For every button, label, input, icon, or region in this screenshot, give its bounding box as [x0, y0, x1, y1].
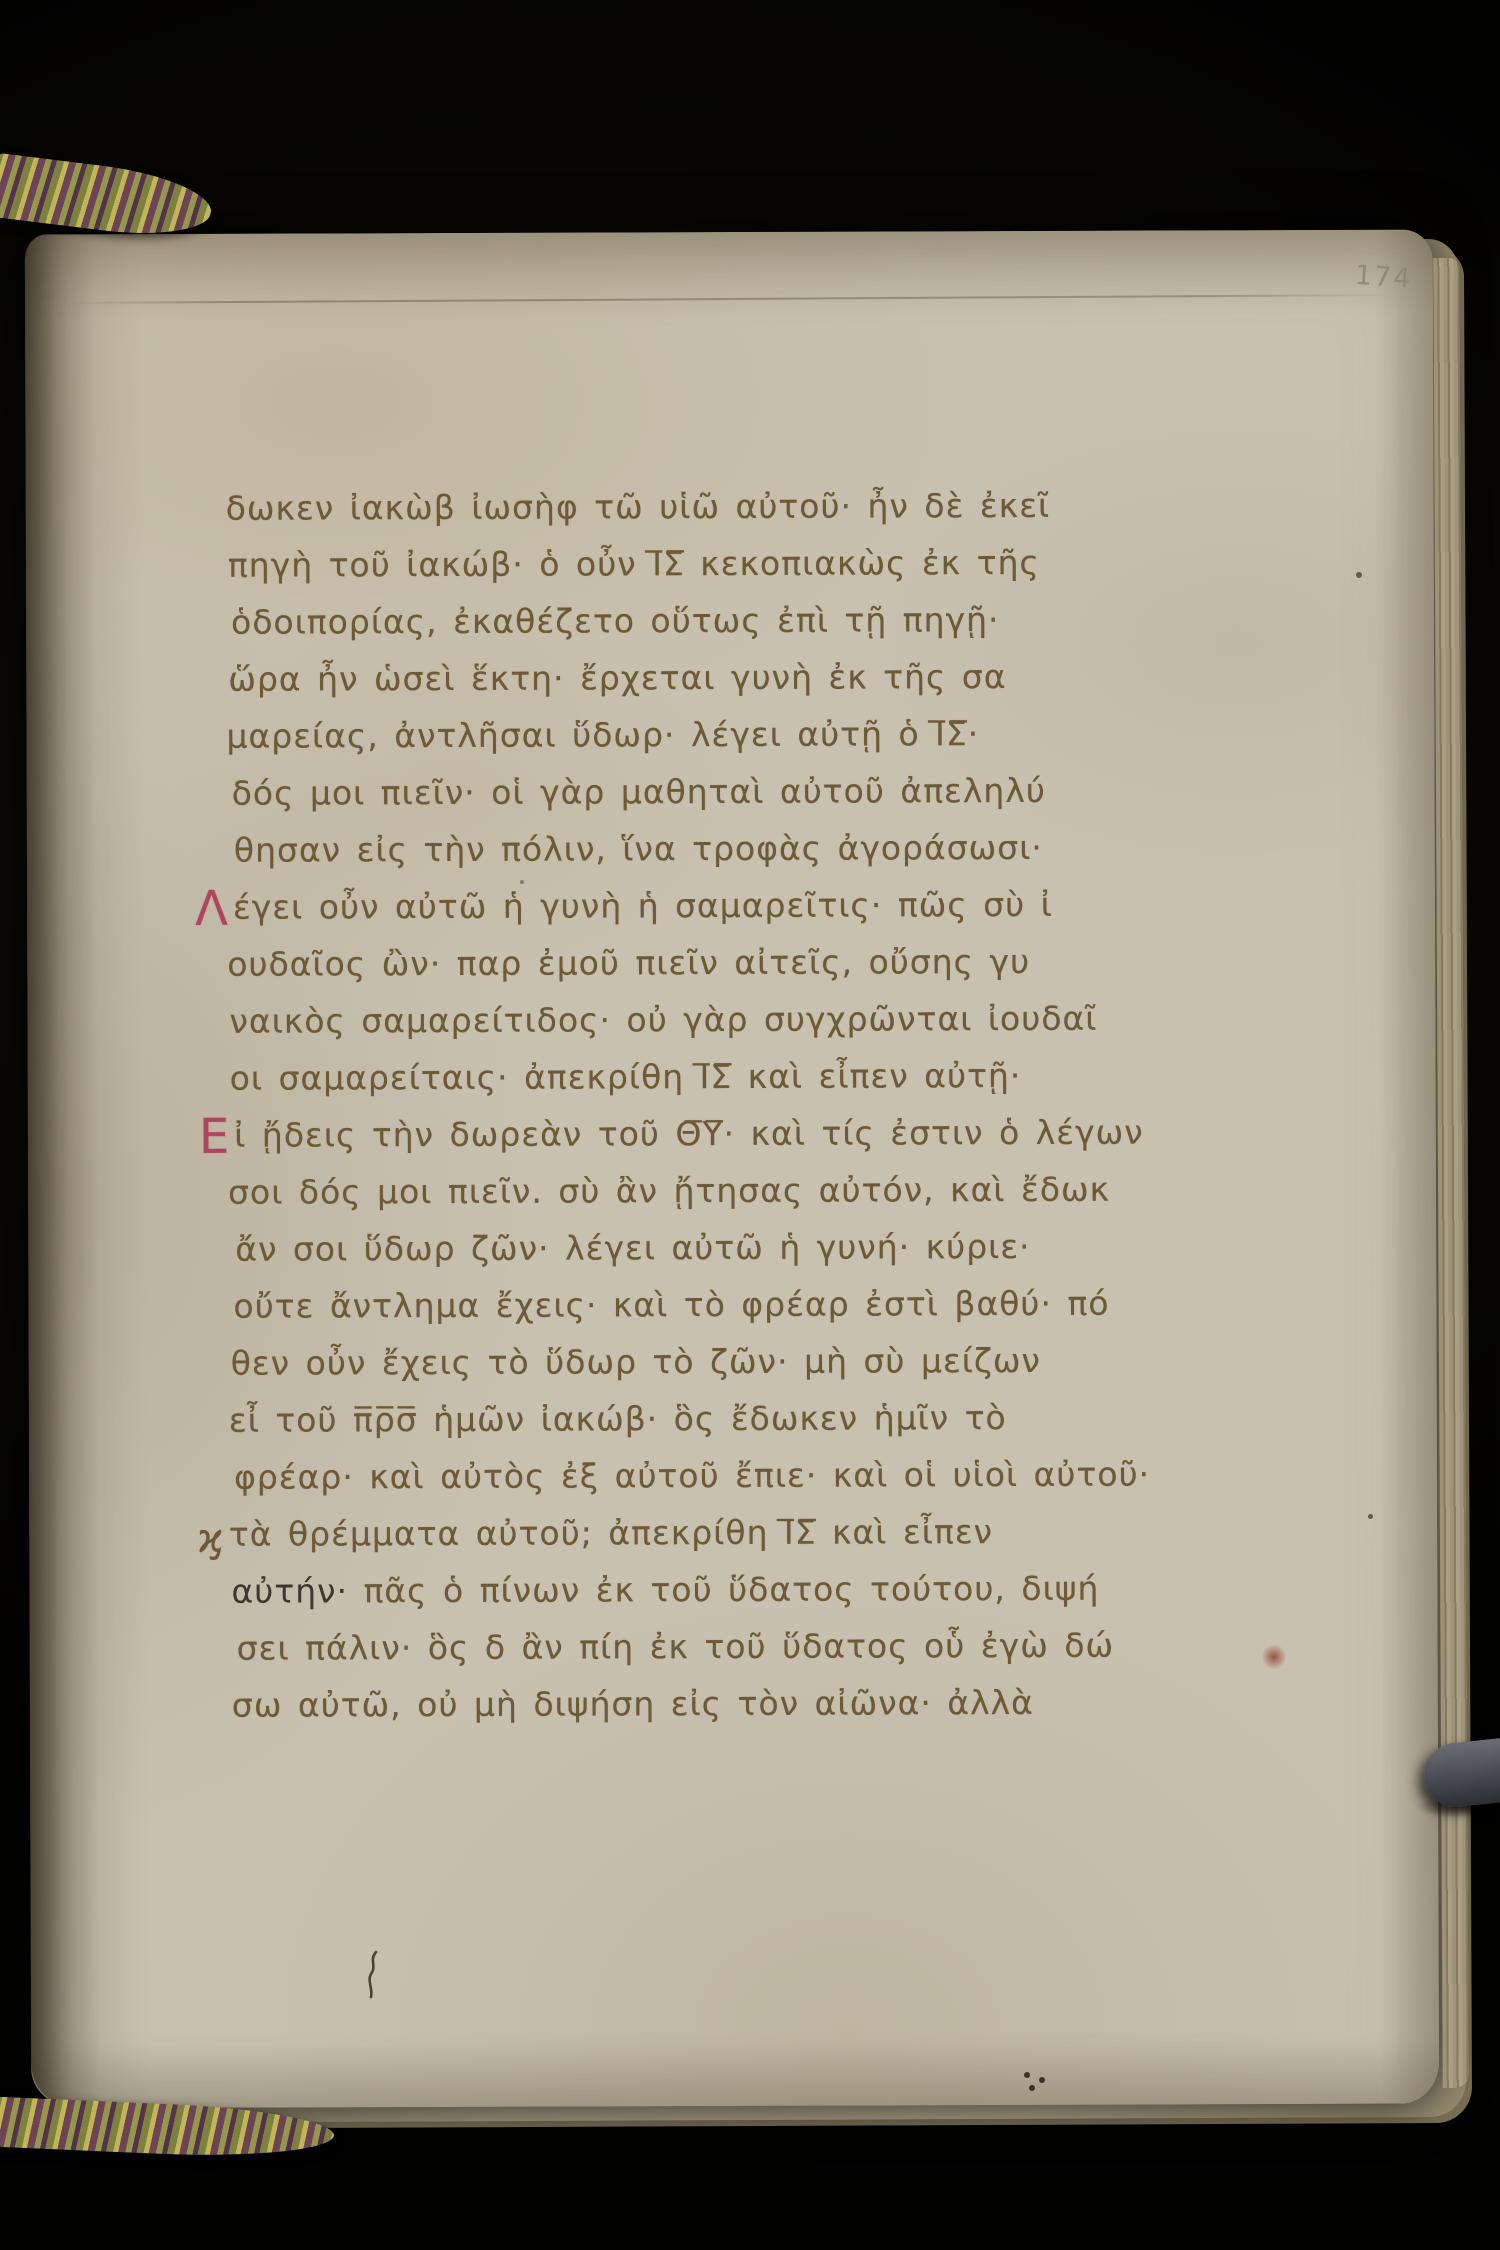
manuscript-line: αὐτήν· πᾶς ὁ πίνων ἐκ τοῦ ὕδατος τούτου,… [231, 1560, 1151, 1620]
manuscript-line: σει πάλιν· ὃς δ ἂν πίη ἐκ τοῦ ὕδατος οὗ … [237, 1617, 1157, 1677]
manuscript-line: σω αὐτῶ, οὐ μὴ διψήση εἰς τὸν αἰῶνα· ἀλλ… [232, 1674, 1152, 1734]
line-text: οὔτε ἄντλημα ἔχεις· καὶ τὸ φρέαρ ἐστὶ βα… [233, 1284, 1109, 1326]
line-text: φρέαρ· καὶ αὐτὸς ἐξ αὐτοῦ ἔπιε· καὶ οἱ υ… [234, 1455, 1150, 1497]
manuscript-photo: 174 δωκεν ἰακὼβ ἰωσὴφ τῶ υἱῶ αὐτοῦ· ἦν δ… [0, 0, 1500, 2250]
line-text: τὰ θρέμματα αὐτοῦ; ἀπεκρίθη Ι̅Σ̅ καὶ εἶπ… [229, 1512, 993, 1554]
manuscript-line: ϗτὰ θρέμματα αὐτοῦ; ἀπεκρίθη Ι̅Σ̅ καὶ εἶ… [231, 1503, 1151, 1563]
manuscript-line: Εἰ ᾔδεις τὴν δωρεὰν τοῦ Θ̅Υ̅· καὶ τίς ἐσ… [233, 1104, 1153, 1164]
line-text: σει πάλιν· ὃς δ ἂν πίη ἐκ τοῦ ὕδατος οὗ … [237, 1626, 1115, 1668]
line-text: πηγὴ τοῦ ἰακώβ· ὁ οὖν Ι̅Σ̅ κεκοπιακὼς ἐκ… [228, 543, 1040, 585]
manuscript-line: οι σαμαρείταις· ἀπεκρίθη Ι̅Σ̅ καὶ εἶπεν … [230, 1047, 1150, 1107]
line-text: θεν οὖν ἔχεις τὸ ὕδωρ τὸ ζῶν· μὴ σὺ μείζ… [231, 1341, 1041, 1383]
initial-letter: Ε [199, 1113, 230, 1161]
manuscript-line: δός μοι πιεῖν· οἱ γὰρ μαθηταὶ αὐτοῦ ἀπελ… [232, 762, 1152, 822]
initial-letter: ϗ [197, 1519, 225, 1559]
endband-top-icon [0, 153, 215, 243]
manuscript-line: οὔτε ἄντλημα ἔχεις· καὶ τὸ φρέαρ ἐστὶ βα… [233, 1275, 1153, 1335]
ink-speck [520, 880, 524, 884]
line-text: θησαν εἰς τὴν πόλιν, ἵνα τροφὰς ἀγοράσωσ… [234, 828, 1043, 870]
line-text: δωκεν ἰακὼβ ἰωσὴφ τῶ υἱῶ αὐτοῦ· ἦν δὲ ἐκ… [226, 486, 1051, 528]
manuscript-line: Λέγει οὖν αὐτῶ ἡ γυνὴ ἡ σαμαρεῖτις· πῶς … [229, 876, 1149, 936]
manuscript-line: μαρείας, ἀντλῆσαι ὕδωρ· λέγει αὐτῇ ὁ Ι̅Σ… [226, 705, 1146, 765]
red-stain-mark [1262, 1644, 1286, 1670]
manuscript-line: φρέαρ· καὶ αὐτὸς ἐξ αὐτοῦ ἔπιε· καὶ οἱ υ… [234, 1446, 1154, 1506]
manuscript-line: ὁδοιπορίας, ἐκαθέζετο οὕτως ἐπὶ τῇ πηγῇ· [231, 591, 1151, 651]
line-text: σοι δός μοι πιεῖν. σὺ ἂν ᾔτησας αὐτόν, κ… [228, 1170, 1110, 1212]
gutter-shadow [25, 234, 102, 2108]
line-text: ἰ ᾔδεις τὴν δωρεὰν τοῦ Θ̅Υ̅· καὶ τίς ἐστ… [234, 1113, 1144, 1155]
ink-speck [1356, 572, 1362, 578]
line-text: μαρείας, ἀντλῆσαι ὕδωρ· λέγει αὐτῇ ὁ Ι̅Σ… [226, 714, 979, 756]
line-text: οι σαμαρείταις· ἀπεκρίθη Ι̅Σ̅ καὶ εἶπεν … [230, 1056, 1022, 1098]
line-text: ἄν σοι ὕδωρ ζῶν· λέγει αὐτῶ ἡ γυνή· κύρι… [235, 1227, 1030, 1269]
pen-flourish-mark [366, 1950, 380, 2000]
line-text: δός μοι πιεῖν· οἱ γὰρ μαθηταὶ αὐτοῦ ἀπελ… [232, 771, 1046, 813]
folio-number: 174 [1354, 260, 1413, 295]
line-text: ὥρα ἦν ὡσεὶ ἕκτη· ἔρχεται γυνὴ ἐκ τῆς σα [228, 657, 1006, 699]
manuscript-line: πηγὴ τοῦ ἰακώβ· ὁ οὖν Ι̅Σ̅ κεκοπιακὼς ἐκ… [228, 534, 1148, 594]
retraced-word: αὐτήν· [231, 1571, 348, 1610]
line-text: ναικὸς σαμαρείτιδος· οὐ γὰρ συγχρῶνται ἰ… [229, 999, 1097, 1041]
line-text: ουδαῖος ὢν· παρ ἐμοῦ πιεῖν αἰτεῖς, οὔσης… [227, 942, 1030, 984]
manuscript-line: θησαν εἰς τὴν πόλιν, ἵνα τροφὰς ἀγοράσωσ… [234, 819, 1154, 879]
manuscript-line: ναικὸς σαμαρείτιδος· οὐ γὰρ συγχρῶνται ἰ… [229, 990, 1149, 1050]
initial-letter: Λ [195, 885, 229, 933]
manuscript-line: ἄν σοι ὕδωρ ζῶν· λέγει αὐτῶ ἡ γυνή· κύρι… [235, 1218, 1155, 1278]
text-block: δωκεν ἰακὼβ ἰωσὴφ τῶ υἱῶ αὐτοῦ· ἦν δὲ ἐκ… [228, 477, 1152, 1734]
manuscript-line: ὥρα ἦν ὡσεὶ ἕκτη· ἔρχεται γυνὴ ἐκ τῆς σα [228, 648, 1148, 708]
line-text: εἶ τοῦ π̅ρ̅σ̅ ἡμῶν ἰακώβ· ὃς ἔδωκεν ἡμῖν… [229, 1398, 1007, 1440]
parchment-page: 174 δωκεν ἰακὼβ ἰωσὴφ τῶ υἱῶ αὐτοῦ· ἦν δ… [25, 230, 1440, 2109]
dot-cluster-mark [1024, 2072, 1030, 2078]
line-text: πᾶς ὁ πίνων ἐκ τοῦ ὕδατος τούτου, διψή [348, 1569, 1100, 1611]
line-text: ὁδοιπορίας, ἐκαθέζετο οὕτως ἐπὶ τῇ πηγῇ· [231, 600, 1000, 642]
line-text: έγει οὖν αὐτῶ ἡ γυνὴ ἡ σαμαρεῖτις· πῶς σ… [233, 885, 1053, 927]
manuscript-line: σοι δός μοι πιεῖν. σὺ ἂν ᾔτησας αὐτόν, κ… [228, 1161, 1148, 1221]
line-text: σω αὐτῶ, οὐ μὴ διψήση εἰς τὸν αἰῶνα· ἀλλ… [232, 1683, 1034, 1725]
manuscript-line: θεν οὖν ἔχεις τὸ ὕδωρ τὸ ζῶν· μὴ σὺ μείζ… [231, 1332, 1151, 1392]
ink-speck [1368, 1514, 1373, 1519]
top-crease-line [65, 294, 1395, 304]
manuscript-line: εἶ τοῦ π̅ρ̅σ̅ ἡμῶν ἰακώβ· ὃς ἔδωκεν ἡμῖν… [229, 1389, 1149, 1449]
manuscript-line: ουδαῖος ὢν· παρ ἐμοῦ πιεῖν αἰτεῖς, οὔσης… [227, 933, 1147, 993]
manuscript-line: δωκεν ἰακὼβ ἰωσὴφ τῶ υἱῶ αὐτοῦ· ἦν δὲ ἐκ… [226, 477, 1146, 537]
